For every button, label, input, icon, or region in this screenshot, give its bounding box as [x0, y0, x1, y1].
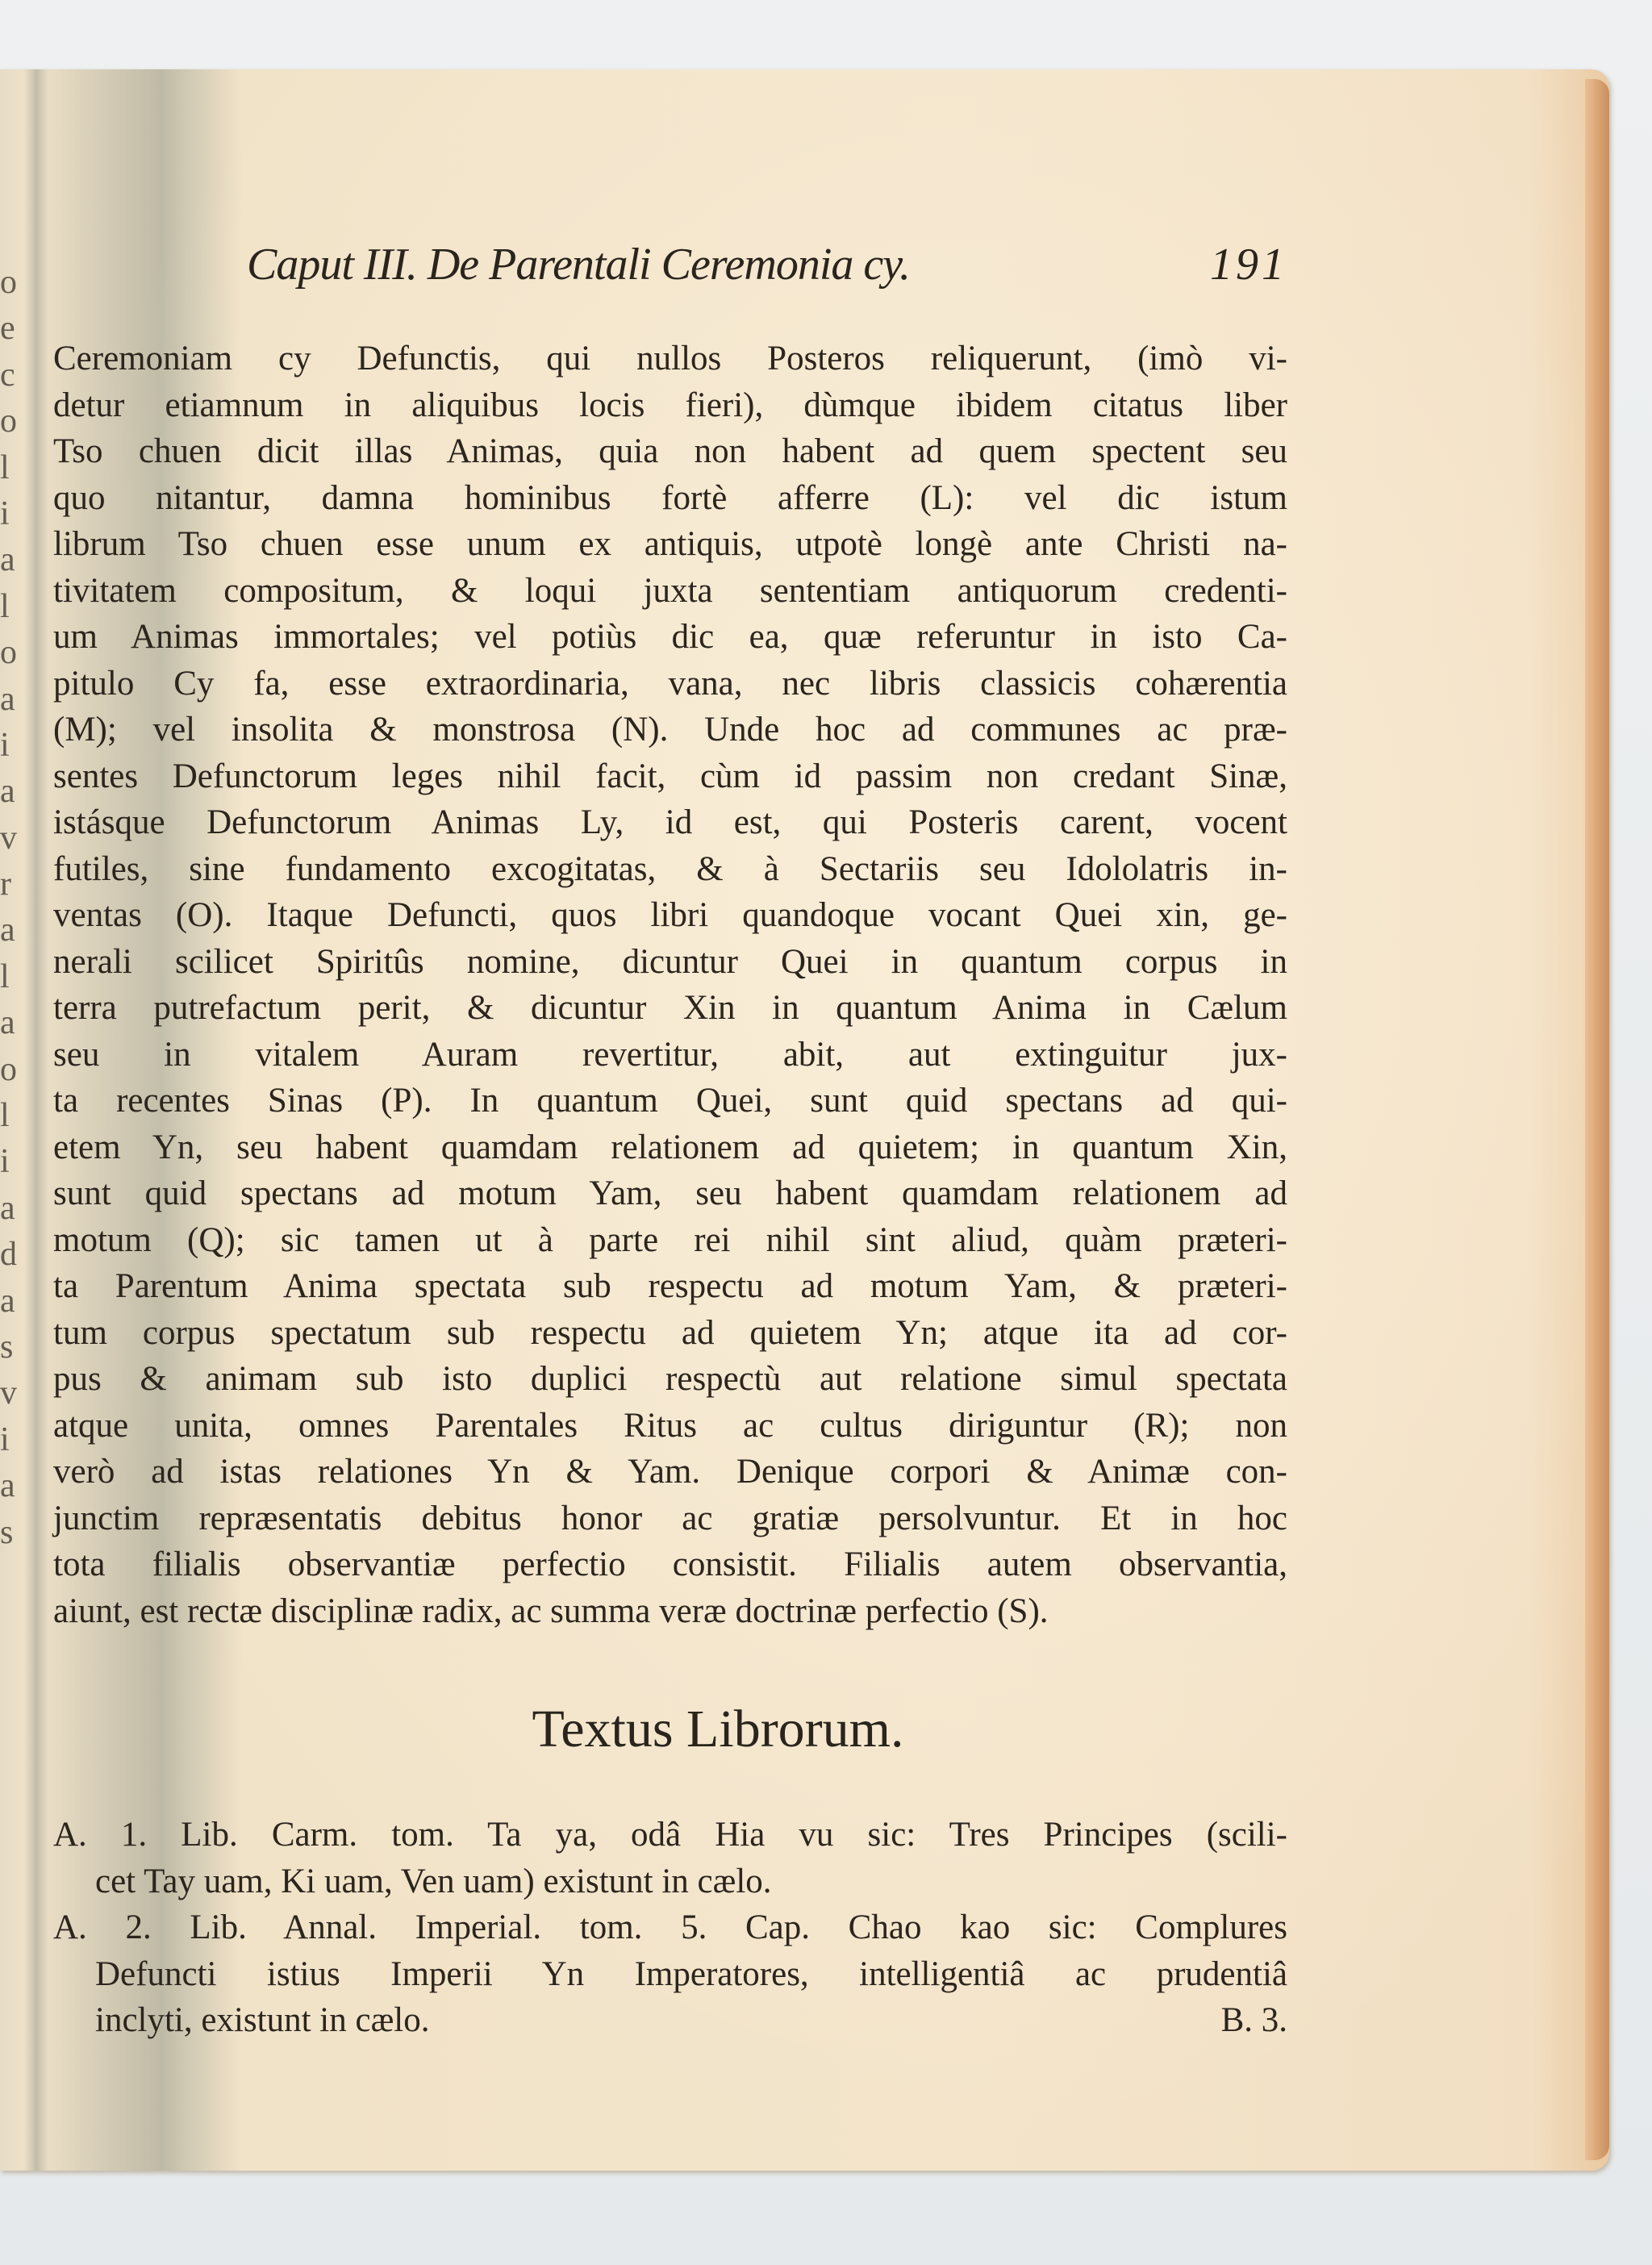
text-line: pitulo Cy fa, esse extraordinaria, vana,… — [53, 661, 1287, 707]
text-line: motum (Q); sic tamen ut à parte rei nihi… — [53, 1217, 1287, 1264]
note-line: A. 1. Lib. Carm. tom. Ta ya, odâ Hia vu … — [53, 1812, 1287, 1858]
text-line: Tso chuen dicit illas Animas, quia non h… — [53, 428, 1287, 475]
text-line: atque unita, omnes Parentales Ritus ac c… — [53, 1403, 1287, 1450]
section-heading: Textus Librorum. — [0, 1699, 1436, 1760]
text-line: etem Yn, seu habent quamdam relationem a… — [53, 1124, 1287, 1171]
text-line: seu in vitalem Auram revertitur, abit, a… — [53, 1032, 1287, 1078]
running-head: Caput III. De Parentali Ceremonia cy. 19… — [247, 239, 1287, 295]
text-line: terra putrefactum perit, & dicuntur Xin … — [53, 985, 1287, 1032]
note-item: A. 2. Lib. Annal. Imperial. tom. 5. Cap.… — [53, 1904, 1287, 2044]
text-line: sentes Defunctorum leges nihil facit, cù… — [53, 753, 1287, 800]
text-line: detur etiamnum in aliquibus locis fieri)… — [53, 382, 1287, 429]
text-line: tivitatem compositum, & loqui juxta sent… — [53, 568, 1287, 615]
facing-page-margin-text: o e c o l i a l o a i a v r a l a o l i … — [0, 260, 21, 1556]
running-head-title: Caput III. De Parentali Ceremonia cy. — [247, 239, 910, 290]
text-line: ventas (O). Itaque Defuncti, quos libri … — [53, 892, 1287, 939]
note-line: A. 2. Lib. Annal. Imperial. tom. 5. Cap.… — [53, 1904, 1287, 1951]
text-line: sunt quid spectans ad motum Yam, seu hab… — [53, 1170, 1287, 1217]
text-line: verò ad istas relationes Yn & Yam. Deniq… — [53, 1449, 1287, 1495]
text-line: ta recentes Sinas (P). In quantum Quei, … — [53, 1078, 1287, 1124]
note-item: A. 1. Lib. Carm. tom. Ta ya, odâ Hia vu … — [53, 1812, 1287, 1904]
text-line: tota filialis observantiæ perfectio cons… — [53, 1541, 1287, 1588]
text-line: Ceremoniam cy Defunctis, qui nullos Post… — [53, 336, 1287, 382]
text-line: ta Parentum Anima spectata sub respectu … — [53, 1263, 1287, 1310]
page-edge — [1585, 79, 1609, 2160]
text-line: futiles, sine fundamento excogitatas, & … — [53, 846, 1287, 893]
source-notes: A. 1. Lib. Carm. tom. Ta ya, odâ Hia vu … — [53, 1812, 1287, 2044]
text-line: junctim repræsentatis debitus honor ac g… — [53, 1495, 1287, 1542]
text-line: istásque Defunctorum Animas Ly, id est, … — [53, 799, 1287, 846]
catchword: B. 3. — [1221, 1997, 1287, 2044]
note-line: cet Tay uam, Ki uam, Ven uam) existunt i… — [53, 1858, 1287, 1905]
note-line-text: inclyti, existunt in cælo. — [95, 2001, 429, 2039]
text-line: aiunt, est rectæ disciplinæ radix, ac su… — [53, 1588, 1287, 1635]
note-line: Defuncti istius Imperii Yn Imperatores, … — [53, 1951, 1287, 1998]
text-line: nerali scilicet Spiritûs nomine, dicuntu… — [53, 939, 1287, 986]
page-number: 191 — [1210, 239, 1287, 290]
text-line: (M); vel insolita & monstrosa (N). Unde … — [53, 707, 1287, 753]
text-line: quo nitantur, damna hominibus fortè affe… — [53, 475, 1287, 522]
text-line: librum Tso chuen esse unum ex antiquis, … — [53, 521, 1287, 568]
text-line: um Animas immortales; vel potiùs dic ea,… — [53, 614, 1287, 661]
text-line: pus & animam sub isto duplici respectù a… — [53, 1356, 1287, 1403]
body-paragraph: Ceremoniam cy Defunctis, qui nullos Post… — [53, 336, 1287, 1634]
book-page: o e c o l i a l o a i a v r a l a o l i … — [0, 69, 1609, 2171]
text-line: tum corpus spectatum sub respectu ad qui… — [53, 1310, 1287, 1357]
note-line-last: inclyti, existunt in cælo. B. 3. — [53, 1997, 1287, 2044]
gutter-shadow — [24, 69, 48, 2171]
